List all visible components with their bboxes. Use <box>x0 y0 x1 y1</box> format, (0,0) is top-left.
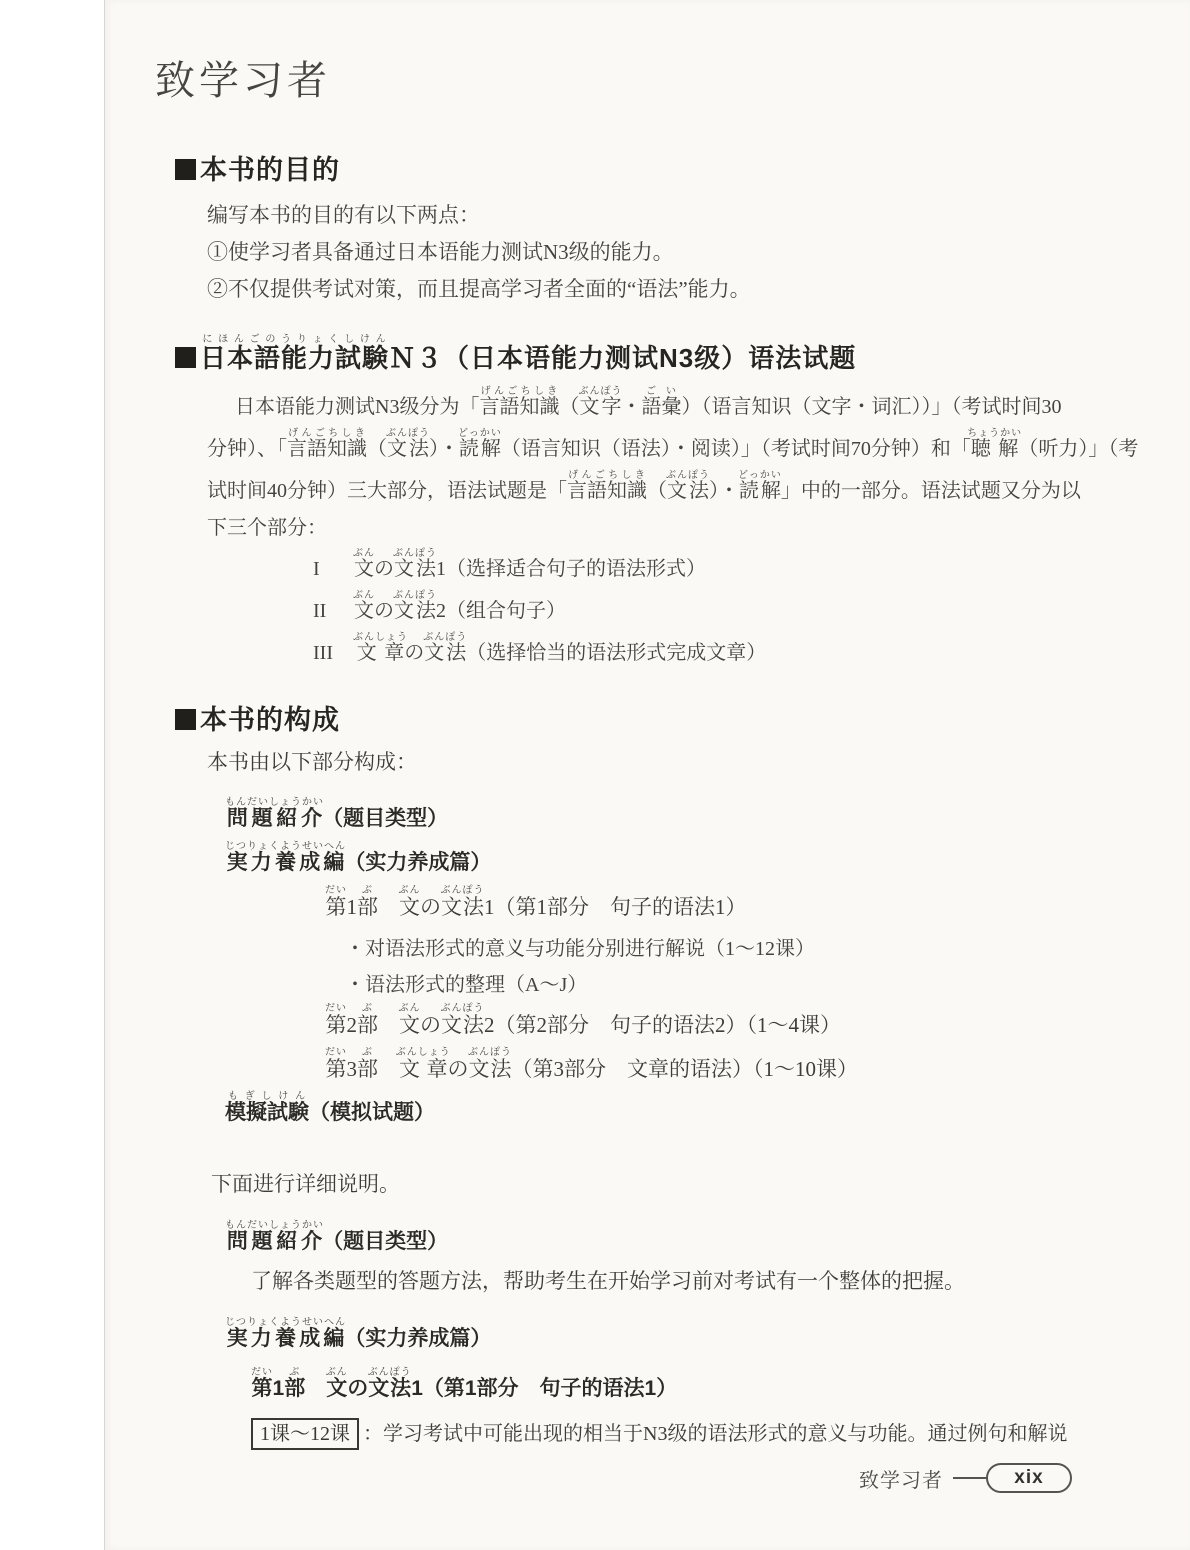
lesson-range-text: ：学习考试中可能出现的相当于N3级的语法形式的意义与功能。通过例句和解说 <box>363 1423 1067 1445</box>
jlpt-paragraph-line-1: 日本语能力测试N3级分为「言語知識げんごちしき（文字ぶんぽう・語彙ごい）（语言知… <box>207 386 1150 428</box>
roman-numeral: I <box>313 548 353 590</box>
book-page: 致学习者 本书的目的 编写本书的目的有以下两点： ①使学习者具备通过日本语能力测… <box>104 0 1190 1550</box>
section-heading-structure-text: 本书的构成 <box>200 705 340 735</box>
structure-label-mondai: 問題紹介もんだいしょうかい（题目类型） <box>225 797 1150 841</box>
structure-intro: 本书由以下部分构成： <box>207 748 1150 776</box>
structure-label-jitsuryoku: 実力養成編じつりょくようせいへん（实力养成篇） <box>225 841 1150 885</box>
purpose-point-2: ②不仅提供考试对策，而且提高学习者全面的“语法”能力。 <box>207 274 1150 304</box>
page-number-badge: xix <box>986 1463 1072 1493</box>
footer-section-label: 致学习者 <box>859 1464 943 1493</box>
lesson-range-line: 1课～12课：学习考试中可能出现的相当于N3级的语法形式的意义与功能。通过例句和… <box>251 1417 1150 1451</box>
grammar-part-item-2: II文ぶんの文法ぶんぽう2（组合句子） <box>313 590 1150 632</box>
page-content: 致学习者 本书的目的 编写本书的目的有以下两点： ①使学习者具备通过日本语能力测… <box>105 0 1190 1495</box>
details-lead: 下面进行详细说明。 <box>211 1169 1150 1199</box>
grammar-part-item-1: I文ぶんの文法ぶんぽう1（选择适合句子的语法形式） <box>313 548 1150 590</box>
jlpt-paragraph-line-2: 分钟）、「言語知識げんごちしき（文法ぶんぽう）・読解どっかい（语言知识（语法）・… <box>207 428 1150 470</box>
section-heading-jlpt: 日本語能力試験にほんごのうりょくしけんＮ３（日本语能力测试N3级）语法试题 <box>175 334 1150 380</box>
purpose-intro: 编写本书的目的有以下两点： <box>207 200 1150 230</box>
section-heading-purpose: 本书的目的 <box>175 154 1150 186</box>
lesson-range-badge: 1课～12课 <box>251 1418 359 1450</box>
structure-part-1-bullet-1: ・对语法形式的意义与功能分别进行解说（1～12课） <box>345 931 1150 967</box>
footer-dash-icon <box>953 1477 989 1479</box>
black-square-icon <box>175 709 196 730</box>
section-heading-jlpt-text: 日本語能力試験にほんごのうりょくしけんＮ３（日本语能力测试N3级）语法试题 <box>200 343 856 373</box>
black-square-icon <box>175 347 196 368</box>
details-part-1: 第だい1部ぶ 文ぶんの文法ぶんぽう1（第1部分 句子的语法1） <box>251 1367 1150 1411</box>
structure-part-1: 第だい1部ぶ 文ぶんの文法ぶんぽう1（第1部分 句子的语法1） <box>325 885 1150 929</box>
structure-part-1-bullet-2: ・语法形式的整理（A～J） <box>345 967 1150 1003</box>
page-title: 致学习者 <box>155 58 1150 104</box>
grammar-part-item-1-text: 文ぶんの文法ぶんぽう1（选择适合句子的语法形式） <box>353 558 706 580</box>
roman-numeral: II <box>313 590 353 632</box>
grammar-part-item-3: III文章ぶんしょうの文法ぶんぽう（选择恰当的语法形式完成文章） <box>313 632 1150 674</box>
jlpt-paragraph-line-4: 下三个部分： <box>207 512 1150 544</box>
jlpt-paragraph-line-3: 试时间40分钟）三大部分，语法试题是「言語知識げんごちしき（文法ぶんぽう）・読解… <box>207 470 1150 512</box>
details-label-mondai: 問題紹介もんだいしょうかい（题目类型） <box>225 1220 1150 1264</box>
roman-numeral: III <box>313 632 353 674</box>
purpose-point-1: ①使学习者具备通过日本语能力测试N3级的能力。 <box>207 237 1150 267</box>
grammar-part-item-2-text: 文ぶんの文法ぶんぽう2（组合句子） <box>353 600 566 622</box>
details-label-jitsuryoku: 実力養成編じつりょくようせいへん（实力养成篇） <box>225 1317 1150 1361</box>
structure-part-2: 第だい2部ぶ 文ぶんの文法ぶんぽう2（第2部分 句子的语法2）（1～4课） <box>325 1003 1150 1047</box>
section-heading-structure: 本书的构成 <box>175 704 1150 736</box>
section-heading-purpose-text: 本书的目的 <box>200 155 340 185</box>
details-desc: 了解各类题型的答题方法，帮助考生在开始学习前对考试有一个整体的把握。 <box>251 1266 1150 1296</box>
structure-part-3: 第だい3部ぶ 文章ぶんしょうの文法ぶんぽう（第3部分 文章的语法）（1～10课） <box>325 1047 1150 1091</box>
black-square-icon <box>175 159 196 180</box>
grammar-part-item-3-text: 文章ぶんしょうの文法ぶんぽう（选择恰当的语法形式完成文章） <box>353 642 766 664</box>
page-footer: 致学习者 xix <box>155 1461 1150 1495</box>
structure-label-mogi: 模擬試験もぎしけん（模拟试题） <box>225 1091 1150 1135</box>
